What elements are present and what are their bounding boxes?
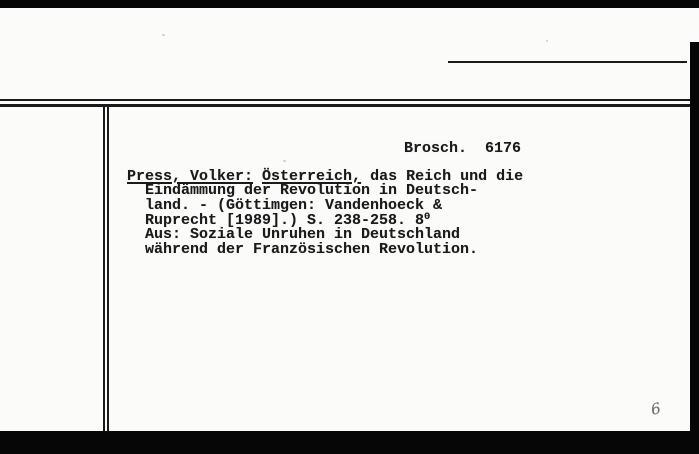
scan-speck: [162, 34, 165, 36]
heading-rule-segment: [448, 61, 687, 63]
scanned-catalog-card-page: { "card": { "shelfmark": "Brosch. 6176",…: [0, 0, 699, 454]
scan-speck: [546, 40, 548, 42]
paper-edge-patch: [690, 8, 699, 42]
margin-vertical-rule-inner: [107, 107, 109, 431]
horizontal-double-rule-top: [0, 99, 690, 101]
margin-vertical-rule-outer: [103, 107, 105, 431]
bibliographic-entry: Press, Volker: Österreich, das Reich und…: [127, 169, 523, 258]
entry-line-3: land. - (Göttimgen: Vandenhoeck &: [127, 199, 523, 214]
scan-speck: [283, 160, 286, 162]
entry-line-6: während der Französischen Revolution.: [127, 243, 523, 258]
shelfmark: Brosch. 6176: [404, 140, 521, 157]
scan-speck: [300, 250, 302, 252]
format-superscript: 0: [424, 211, 430, 223]
